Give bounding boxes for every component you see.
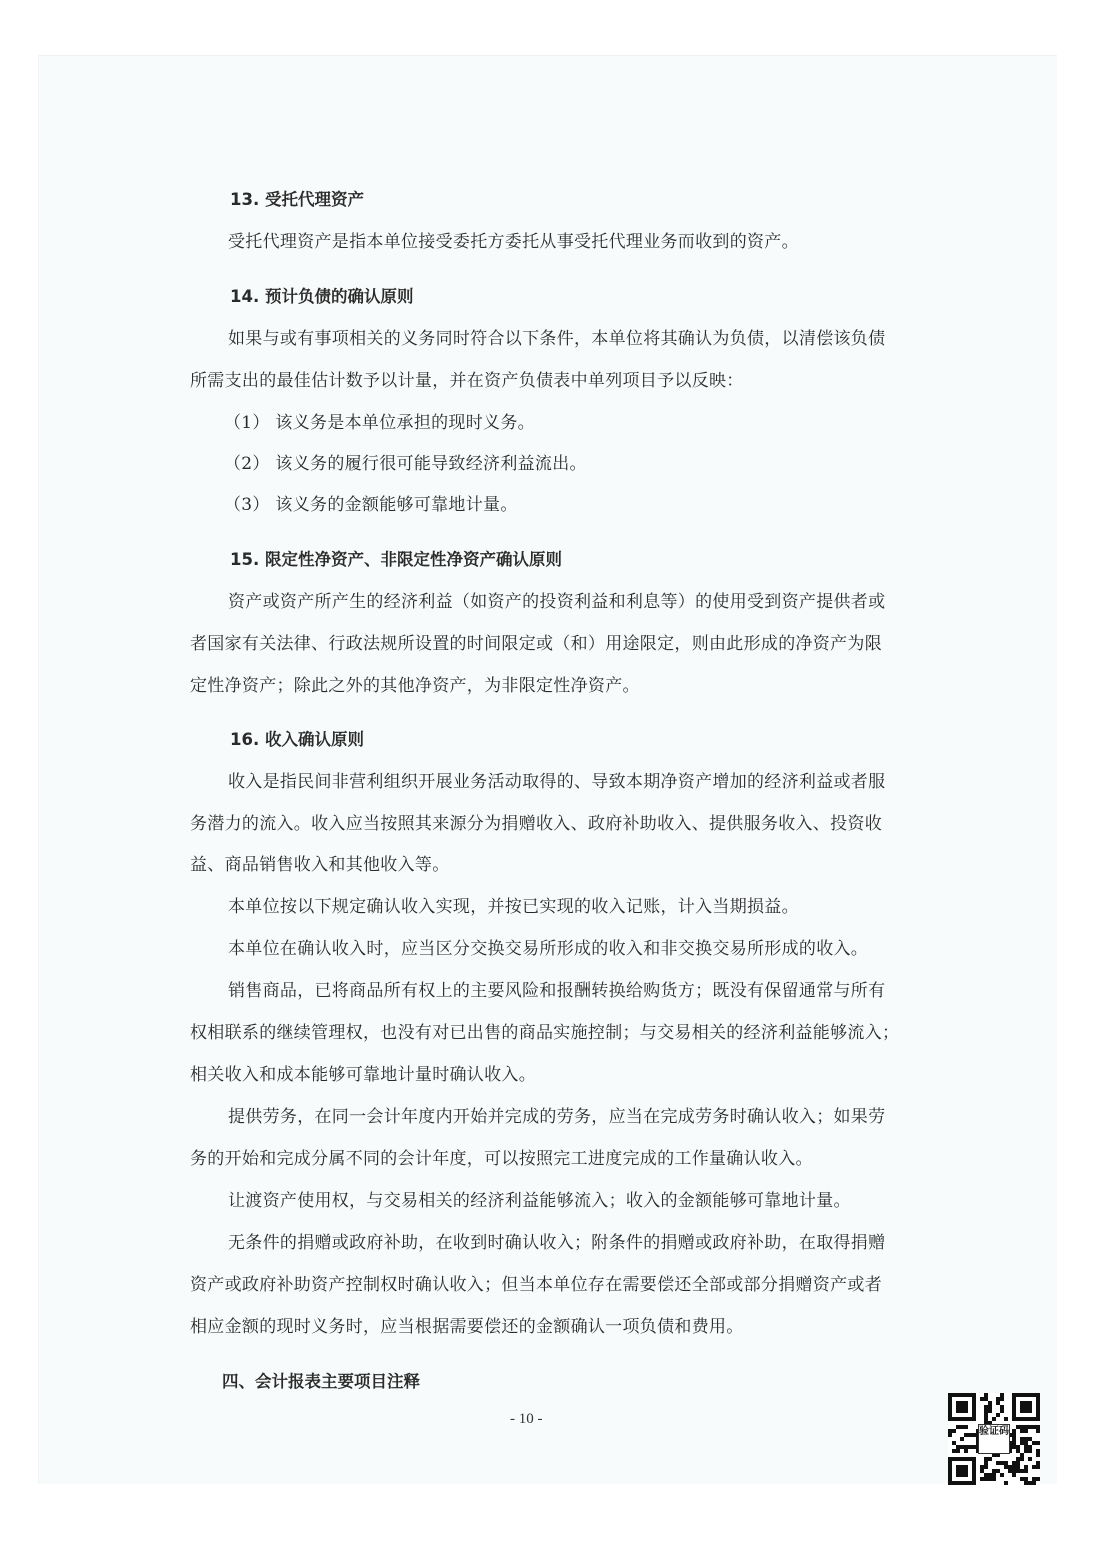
- paragraph-line: 资产或政府补助资产控制权时确认收入；但当本单位存在需要偿还全部或部分捐赠资产或者: [190, 1275, 882, 1295]
- section-heading: 16. 收入确认原则: [230, 730, 364, 750]
- page-number: - 10 -: [510, 1411, 543, 1428]
- document-page: [38, 55, 1057, 1484]
- paragraph-line: 资产或资产所产生的经济利益（如资产的投资利益和利息等）的使用受到资产提供者或: [228, 592, 885, 612]
- paragraph-line: 受托代理资产是指本单位接受委托方委托从事受托代理业务而收到的资产。: [228, 232, 799, 252]
- paragraph-line: 提供劳务，在同一会计年度内开始并完成的劳务，应当在完成劳务时确认收入；如果劳: [228, 1107, 885, 1127]
- section-heading: 四、会计报表主要项目注释: [222, 1372, 420, 1392]
- paragraph-line: 本单位按以下规定确认收入实现，并按已实现的收入记账，计入当期损益。: [228, 897, 799, 917]
- paragraph-line: 务潜力的流入。收入应当按照其来源分为捐赠收入、政府补助收入、提供服务收入、投资收: [190, 814, 882, 834]
- paragraph-line: （1） 该义务是本单位承担的现时义务。: [224, 413, 535, 433]
- section-heading: 15. 限定性净资产、非限定性净资产确认原则: [230, 550, 562, 570]
- paragraph-line: 本单位在确认收入时，应当区分交换交易所形成的收入和非交换交易所形成的收入。: [228, 939, 868, 959]
- paragraph-line: 相应金额的现时义务时，应当根据需要偿还的金额确认一项负债和费用。: [190, 1317, 744, 1337]
- paragraph-line: 益、商品销售收入和其他收入等。: [190, 855, 450, 875]
- paragraph-line: 如果与或有事项相关的义务同时符合以下条件，本单位将其确认为负债，以清偿该负债: [228, 329, 885, 349]
- paragraph-line: 定性净资产；除此之外的其他净资产，为非限定性净资产。: [190, 676, 640, 696]
- paragraph-line: （2） 该义务的履行很可能导致经济利益流出。: [224, 454, 587, 474]
- paragraph-line: 权相联系的继续管理权，也没有对已出售的商品实施控制；与交易相关的经济利益能够流入…: [190, 1023, 899, 1043]
- qr-code[interactable]: 验证码: [948, 1393, 1040, 1485]
- paragraph-line: 务的开始和完成分属不同的会计年度，可以按照完工进度完成的工作量确认收入。: [190, 1149, 813, 1169]
- paragraph-line: 让渡资产使用权，与交易相关的经济利益能够流入；收入的金额能够可靠地计量。: [228, 1191, 851, 1211]
- paragraph-line: （3） 该义务的金额能够可靠地计量。: [224, 495, 518, 515]
- section-heading: 13. 受托代理资产: [230, 190, 364, 210]
- paragraph-line: 销售商品，已将商品所有权上的主要风险和报酬转换给购货方；既没有保留通常与所有: [228, 981, 885, 1001]
- section-heading: 14. 预计负债的确认原则: [230, 287, 413, 307]
- qr-code-label: 验证码: [978, 1424, 1010, 1454]
- paragraph-line: 者国家有关法律、行政法规所设置的时间限定或（和）用途限定，则由此形成的净资产为限: [190, 634, 882, 654]
- paragraph-line: 收入是指民间非营利组织开展业务活动取得的、导致本期净资产增加的经济利益或者服: [228, 772, 885, 792]
- paragraph-line: 相关收入和成本能够可靠地计量时确认收入。: [190, 1065, 536, 1085]
- paragraph-line: 所需支出的最佳估计数予以计量，并在资产负债表中单列项目予以反映：: [190, 371, 744, 391]
- paragraph-line: 无条件的捐赠或政府补助，在收到时确认收入；附条件的捐赠或政府补助，在取得捐赠: [228, 1233, 885, 1253]
